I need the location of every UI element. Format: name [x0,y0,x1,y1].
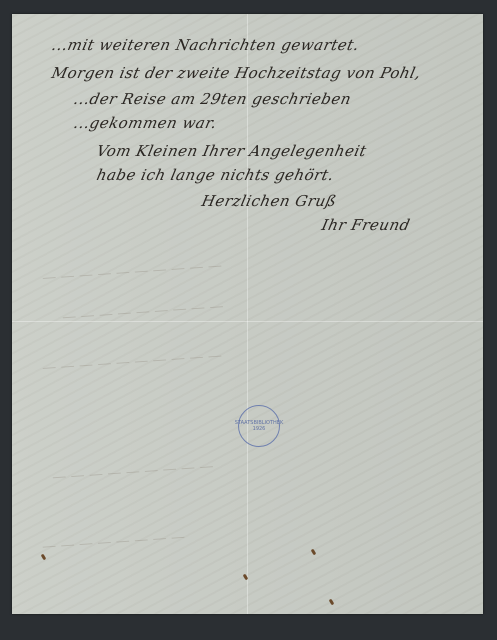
letter-line: Vom Kleinen Ihrer Angelegenheit [95,142,368,160]
bleed-through-text: — — — — — — — — — [52,458,214,485]
letter-line: ...der Reise am 29ten geschrieben [72,90,353,108]
ink-speck [329,599,335,606]
letter-signature: Ihr Freund [320,216,412,234]
letter-line: Morgen ist der zweite Hochzeitstag von P… [50,64,423,82]
letter-closing: Herzlichen Gruß [200,192,338,210]
letter-line: ...gekommen war. [72,114,219,132]
letter-page: — — — — — — — — — — — — — — — — — — — — … [12,14,483,614]
bleed-through-text: — — — — — — — — — — [42,348,223,377]
bleed-through-text: — — — — — — — — — — [42,258,223,287]
stamp-year: 1926 [235,426,283,432]
library-stamp: STAATSBIBLIOTHEK 1926 [238,405,280,447]
bleed-through-text: — — — — — — — — [42,529,186,555]
letter-line: habe ich lange nichts gehört. [95,166,336,184]
letter-line: ...mit weiteren Nachrichten gewartet. [50,36,361,54]
ink-speck [311,549,317,556]
